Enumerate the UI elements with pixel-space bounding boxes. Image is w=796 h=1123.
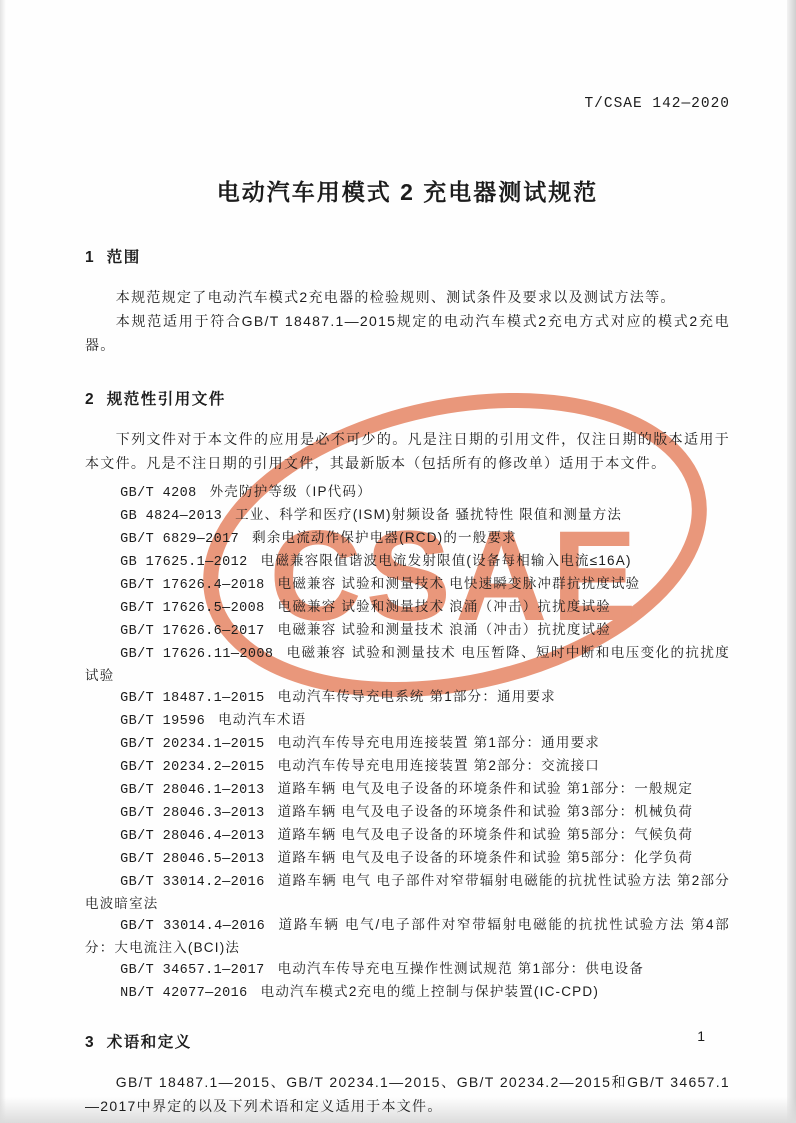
page-number: 1 xyxy=(697,1028,705,1044)
reference-code: GB/T 28046.5—2013 xyxy=(120,852,265,867)
normative-reference-list: GB/T 4208外壳防护等级（IP代码） GB 4824—2013工业、科学和… xyxy=(85,481,730,1004)
reference-item: GB 17625.1—2012电磁兼容限值谐波电流发射限值(设备每相输入电流≤1… xyxy=(85,550,730,573)
section-1-title: 范围 xyxy=(107,249,141,266)
reference-code: GB/T 28046.1—2013 xyxy=(120,783,265,798)
section-3-heading: 3 术语和定义 xyxy=(85,1030,730,1052)
section-2-paragraph: 下列文件对于本文件的应用是必不可少的。凡是注日期的引用文件，仅注日期的版本适用于… xyxy=(85,427,730,475)
reference-title: 道路车辆 电气及电子设备的环境条件和试验 第1部分：一般规定 xyxy=(278,781,694,796)
reference-title: 电磁兼容 试验和测量技术 电快速瞬变脉冲群抗扰度试验 xyxy=(278,576,641,591)
document-page: CSAE T/CSAE 142—2020 电动汽车用模式 2 充电器测试规范 1… xyxy=(0,0,796,1123)
reference-item: GB/T 34657.1—2017电动汽车传导充电互操作性测试规范 第1部分：供… xyxy=(85,958,730,981)
section-2-number: 2 xyxy=(85,391,95,408)
page-title: 电动汽车用模式 2 充电器测试规范 xyxy=(85,174,730,207)
reference-code: GB/T 20234.1—2015 xyxy=(120,737,265,752)
reference-code: GB/T 4208 xyxy=(120,486,197,501)
reference-item: GB/T 28046.3—2013道路车辆 电气及电子设备的环境条件和试验 第3… xyxy=(85,801,730,824)
reference-code: GB/T 28046.4—2013 xyxy=(120,829,265,844)
reference-title: 道路车辆 电气及电子设备的环境条件和试验 第5部分：气候负荷 xyxy=(278,827,694,842)
section-1-number: 1 xyxy=(85,249,95,266)
reference-item: GB/T 17626.11—2008电磁兼容 试验和测量技术 电压暂降、短时中断… xyxy=(85,642,730,686)
reference-item: GB/T 28046.1—2013道路车辆 电气及电子设备的环境条件和试验 第1… xyxy=(85,778,730,801)
reference-title: 电磁兼容 试验和测量技术 浪涌（冲击）抗扰度试验 xyxy=(278,599,611,614)
reference-title: 电动汽车传导充电用连接装置 第1部分：通用要求 xyxy=(278,735,600,750)
reference-title: 外壳防护等级（IP代码） xyxy=(210,484,372,499)
reference-item: GB/T 28046.4—2013道路车辆 电气及电子设备的环境条件和试验 第5… xyxy=(85,824,730,847)
reference-title: 电磁兼容限值谐波电流发射限值(设备每相输入电流≤16A) xyxy=(261,553,632,568)
reference-code: GB/T 18487.1—2015 xyxy=(120,691,265,706)
reference-title: 剩余电流动作保护电器(RCD)的一般要求 xyxy=(252,530,517,545)
reference-code: GB/T 17626.11—2008 xyxy=(120,647,273,662)
section-3-title: 术语和定义 xyxy=(107,1034,192,1051)
reference-code: GB/T 17626.6—2017 xyxy=(120,624,265,639)
reference-item: GB/T 6829—2017剩余电流动作保护电器(RCD)的一般要求 xyxy=(85,527,730,550)
reference-code: NB/T 42077—2016 xyxy=(120,986,248,1001)
reference-code: GB/T 19596 xyxy=(120,714,205,729)
reference-title: 电动汽车模式2充电的缆上控制与保护装置(IC-CPD) xyxy=(261,984,599,999)
reference-title: 电动汽车传导充电互操作性测试规范 第1部分：供电设备 xyxy=(278,961,644,976)
section-1-paragraph: 本规范适用于符合GB/T 18487.1—2015规定的电动汽车模式2充电方式对… xyxy=(85,309,730,357)
reference-title: 道路车辆 电气及电子设备的环境条件和试验 第5部分：化学负荷 xyxy=(278,850,694,865)
reference-item: NB/T 42077—2016电动汽车模式2充电的缆上控制与保护装置(IC-CP… xyxy=(85,981,730,1004)
reference-code: GB/T 20234.2—2015 xyxy=(120,760,265,775)
reference-item: GB/T 19596电动汽车术语 xyxy=(85,709,730,732)
reference-title: 电动汽车传导充电系统 第1部分：通用要求 xyxy=(278,689,556,704)
reference-title: 电动汽车传导充电用连接装置 第2部分：交流接口 xyxy=(278,758,600,773)
reference-item: GB/T 4208外壳防护等级（IP代码） xyxy=(85,481,730,504)
section-2-heading: 2 规范性引用文件 xyxy=(85,387,730,409)
reference-code: GB/T 28046.3—2013 xyxy=(120,806,265,821)
reference-code: GB/T 34657.1—2017 xyxy=(120,963,265,978)
reference-code: GB/T 33014.4—2016 xyxy=(120,919,265,934)
reference-code: GB/T 17626.4—2018 xyxy=(120,578,265,593)
section-1-paragraph: 本规范规定了电动汽车模式2充电器的检验规则、测试条件及要求以及测试方法等。 xyxy=(85,285,730,309)
reference-item: GB 4824—2013工业、科学和医疗(ISM)射频设备 骚扰特性 限值和测量… xyxy=(85,504,730,527)
reference-item: GB/T 20234.2—2015电动汽车传导充电用连接装置 第2部分：交流接口 xyxy=(85,755,730,778)
reference-item: GB/T 18487.1—2015电动汽车传导充电系统 第1部分：通用要求 xyxy=(85,686,730,709)
section-1-heading: 1 范围 xyxy=(85,245,730,267)
standard-number: T/CSAE 142—2020 xyxy=(85,96,730,112)
reference-code: GB/T 17626.5—2008 xyxy=(120,601,265,616)
reference-code: GB/T 33014.2—2016 xyxy=(120,875,265,890)
reference-title: 电磁兼容 试验和测量技术 浪涌（冲击）抗扰度试验 xyxy=(278,622,611,637)
section-3-number: 3 xyxy=(85,1034,95,1051)
reference-item: GB/T 28046.5—2013道路车辆 电气及电子设备的环境条件和试验 第5… xyxy=(85,847,730,870)
reference-title: 工业、科学和医疗(ISM)射频设备 骚扰特性 限值和测量方法 xyxy=(235,507,622,522)
reference-item: GB/T 20234.1—2015电动汽车传导充电用连接装置 第1部分：通用要求 xyxy=(85,732,730,755)
reference-title: 道路车辆 电气及电子设备的环境条件和试验 第3部分：机械负荷 xyxy=(278,804,694,819)
reference-item: GB/T 17626.5—2008电磁兼容 试验和测量技术 浪涌（冲击）抗扰度试… xyxy=(85,596,730,619)
reference-title: 电动汽车术语 xyxy=(218,712,306,727)
reference-item: GB/T 33014.4—2016道路车辆 电气/电子部件对窄带辐射电磁能的抗扰… xyxy=(85,914,730,958)
reference-item: GB/T 33014.2—2016道路车辆 电气 电子部件对窄带辐射电磁能的抗扰… xyxy=(85,870,730,914)
reference-code: GB/T 6829—2017 xyxy=(120,532,239,547)
section-3-paragraph: GB/T 18487.1—2015、GB/T 20234.1—2015、GB/T… xyxy=(85,1070,730,1118)
reference-item: GB/T 17626.6—2017电磁兼容 试验和测量技术 浪涌（冲击）抗扰度试… xyxy=(85,619,730,642)
section-2-title: 规范性引用文件 xyxy=(107,391,226,408)
reference-item: GB/T 17626.4—2018电磁兼容 试验和测量技术 电快速瞬变脉冲群抗扰… xyxy=(85,573,730,596)
reference-code: GB 4824—2013 xyxy=(120,509,222,524)
reference-code: GB 17625.1—2012 xyxy=(120,555,248,570)
